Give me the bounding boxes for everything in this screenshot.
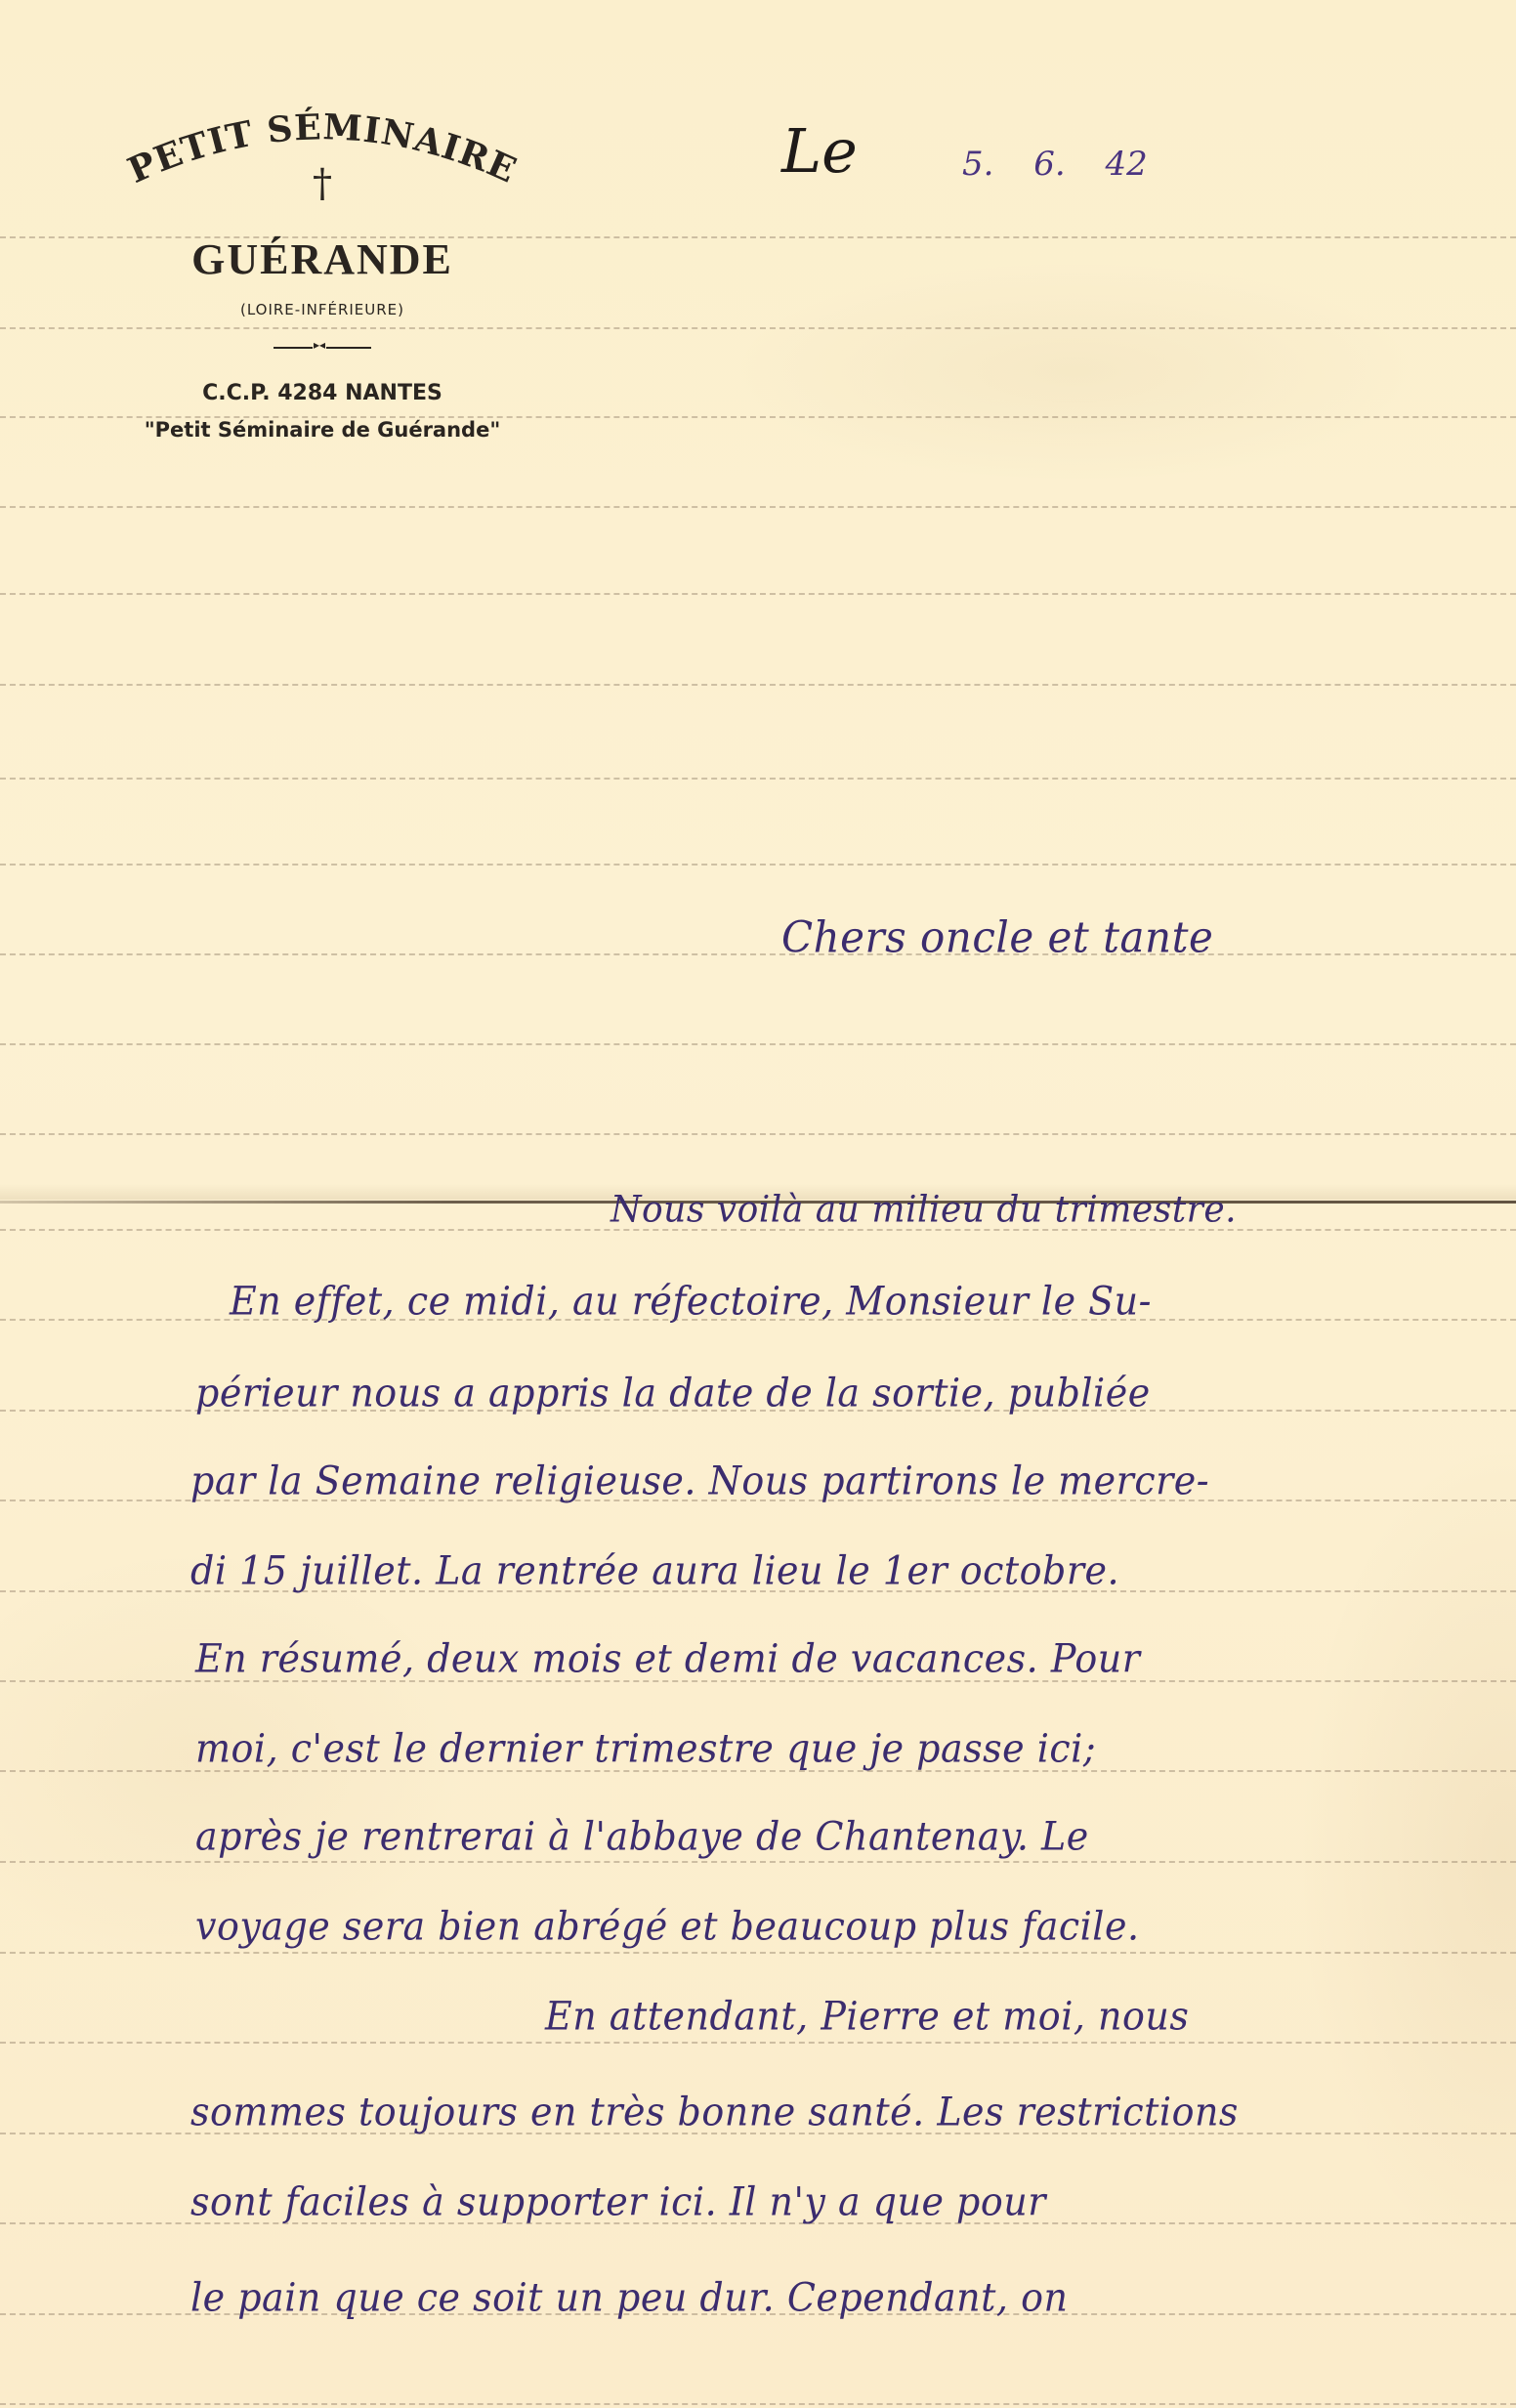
letter-line: En attendant, Pierre et moi, nous — [545, 1994, 1189, 2039]
letter-line: périeur nous a appris la date de la sort… — [195, 1371, 1151, 1415]
ruled-line — [0, 684, 1516, 686]
ruled-line — [0, 864, 1516, 866]
ruled-line — [0, 953, 1516, 955]
letter-line: par la Semaine religieuse. Nous partiron… — [190, 1458, 1209, 1503]
date-prefix: Le — [781, 115, 858, 187]
ruled-line — [0, 593, 1516, 595]
letter-line: voyage sera bien abrégé et beaucoup plus… — [195, 1904, 1140, 1949]
ruled-line — [0, 778, 1516, 780]
letter-line: En effet, ce midi, au réfectoire, Monsie… — [230, 1279, 1152, 1324]
greeting: Chers oncle et tante — [781, 912, 1213, 962]
letter-line: sont faciles à supporter ici. Il n'y a q… — [190, 2179, 1046, 2224]
ruled-line — [0, 1952, 1516, 1954]
letter-line: moi, c'est le dernier trimestre que je p… — [195, 1726, 1096, 1771]
date-value: 5. 6. 42 — [962, 145, 1148, 184]
ruled-line — [0, 1861, 1516, 1863]
letter-line: En résumé, deux mois et demi de vacances… — [195, 1636, 1140, 1681]
ruled-line — [0, 1133, 1516, 1135]
letter-line: Nous voilà au milieu du trimestre. — [611, 1189, 1237, 1231]
ruled-line — [0, 327, 1516, 329]
postal-account: C.C.P. 4284 NANTES — [88, 381, 557, 405]
cross-icon: † — [313, 164, 332, 203]
ornament-divider — [274, 347, 371, 349]
account-name: "Petit Séminaire de Guérande" — [88, 418, 557, 442]
city-name: GUÉRANDE — [88, 234, 557, 284]
ruled-line — [0, 1043, 1516, 1045]
ruled-line — [0, 2403, 1516, 2405]
letter-line: après je rentrerai à l'abbaye de Chanten… — [195, 1814, 1089, 1859]
ruled-line — [0, 506, 1516, 508]
letter-line: sommes toujours en très bonne santé. Les… — [190, 2090, 1239, 2134]
letter-line: le pain que ce soit un peu dur. Cependan… — [190, 2275, 1068, 2320]
letter-line: di 15 juillet. La rentrée aura lieu le 1… — [190, 1548, 1119, 1593]
region-name: (LOIRE-INFÉRIEURE) — [88, 301, 557, 318]
ruled-line — [0, 2042, 1516, 2044]
